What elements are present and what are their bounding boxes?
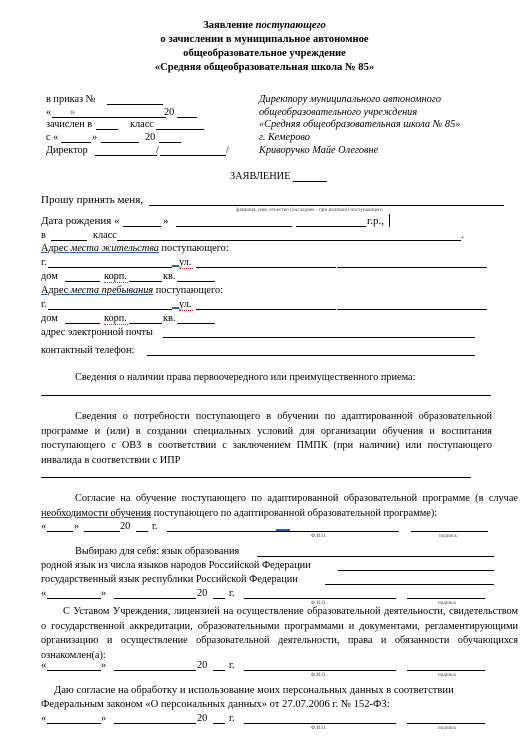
sig2-day-field[interactable] [47, 598, 101, 599]
email-label: адрес электронной почты [41, 326, 153, 339]
stay-city-field[interactable] [48, 309, 172, 310]
addressee-line-3: «Средняя общеобразовательная школа № 85» [259, 118, 460, 131]
sig2-sign-field[interactable] [407, 598, 485, 599]
order-number-field[interactable] [107, 104, 163, 105]
application-heading: ЗАЯВЛЕНИЕ [230, 170, 290, 183]
sig3-sign-field[interactable] [407, 670, 485, 671]
sig-g: г. [152, 520, 158, 533]
sig2-year-field[interactable] [213, 598, 225, 599]
text-cursor [389, 214, 390, 227]
stay-house-field[interactable] [65, 323, 100, 324]
phone-field[interactable] [147, 355, 475, 356]
sig-sign-caption: подпись [438, 726, 456, 731]
accept-label: Прошу принять меня, [41, 194, 143, 207]
spellcheck-mark [104, 322, 128, 325]
charter-paragraph: С Уставом Учреждения, лицензией на осуще… [41, 605, 518, 663]
priority-label: Сведения о наличии права первоочередного… [75, 371, 415, 384]
sig2-month-field[interactable] [114, 598, 196, 599]
edit-mark [172, 307, 179, 309]
title-line-1: Заявление поступающего [0, 19, 529, 33]
from-month-field[interactable] [101, 142, 139, 143]
order-year-field[interactable] [177, 117, 197, 118]
director-name-field[interactable] [160, 155, 226, 156]
class-number-field[interactable] [51, 240, 87, 241]
native-language-field[interactable] [338, 570, 494, 571]
applicant-name-field[interactable] [149, 205, 504, 206]
birth-year-field[interactable] [296, 226, 366, 227]
order-number-label: в приказ № [46, 93, 96, 106]
sig4-month-field[interactable] [114, 723, 196, 724]
class-label: класс [93, 229, 117, 242]
language-education-label: Выбираю для себя: язык образования [75, 545, 239, 558]
title-line-2: о зачислении в муниципальное автономное [0, 33, 529, 47]
sig-fio-caption: Ф.И.О. [311, 673, 327, 678]
sig1-month-field[interactable] [84, 531, 120, 532]
application-number-field[interactable] [293, 181, 327, 182]
residence-city-label: г. [41, 256, 47, 269]
needs-field[interactable] [41, 477, 471, 478]
stay-house-label: дом [41, 312, 58, 325]
residence-apartment-field[interactable] [177, 281, 215, 282]
consent-adapted-paragraph: Согласие на обучение поступающего по ада… [41, 492, 518, 521]
native-language-label: родной язык из числа языков народов Росс… [41, 559, 311, 572]
title-line-4: «Средняя общеобразовательная школа № 85» [0, 61, 529, 75]
birth-label: Дата рождения « [41, 215, 120, 228]
sig-g: г. [229, 659, 235, 672]
sig-fio-caption: Ф.И.О. [311, 534, 327, 539]
from-year-field[interactable] [159, 142, 181, 143]
from-date-close: » [92, 131, 97, 144]
director-slash-2: / [226, 144, 229, 157]
sig1-fio-field[interactable] [167, 531, 399, 532]
sig-close: » [101, 587, 106, 600]
title-line-3: общеобразовательное учреждение [0, 47, 529, 61]
residence-street-field[interactable] [196, 267, 336, 268]
addressee-line-1: Директору муниципального автономного [259, 93, 441, 106]
sig4-sign-field[interactable] [407, 723, 485, 724]
sig1-year-field[interactable] [136, 531, 148, 532]
edit-mark [276, 529, 290, 531]
birth-day-field[interactable] [123, 226, 161, 227]
sig2-fio-field[interactable] [244, 598, 396, 599]
sig1-sign-field[interactable] [411, 531, 488, 532]
needs-paragraph: Сведения о потребности поступающего в об… [41, 410, 492, 468]
sig-sign-caption: подпись [439, 534, 457, 539]
stay-building-field[interactable] [129, 323, 162, 324]
enrolled-label: зачислен в [46, 118, 92, 131]
edit-mark [172, 265, 179, 267]
language-education-field[interactable] [257, 556, 494, 557]
residence-street-extra-field[interactable] [337, 267, 487, 268]
residence-apartment-label: кв. [163, 270, 175, 283]
sig-open: « [41, 587, 46, 600]
stay-street-field[interactable] [196, 309, 336, 310]
sig-open: « [41, 659, 46, 672]
sig3-fio-field[interactable] [244, 670, 396, 671]
stay-city-label: г. [41, 298, 47, 311]
from-date-year: 20 [145, 131, 155, 144]
sig-open: « [41, 712, 46, 725]
sig-fio-caption: Ф.И.О. [311, 726, 327, 731]
enrolled-class-label: класс [130, 118, 154, 131]
from-day-field[interactable] [61, 142, 91, 143]
sig-g: г. [229, 587, 235, 600]
addressee-line-5: Криворучко Майе Олеговне [259, 144, 378, 157]
sig-year: 20 [197, 712, 207, 725]
sig-close: » [101, 712, 106, 725]
sig-sign-caption: подпись [438, 673, 456, 678]
sig-open: « [41, 520, 46, 533]
from-date-open: с « [46, 131, 58, 144]
class-school-field[interactable] [117, 240, 461, 241]
sig4-day-field[interactable] [47, 723, 101, 724]
priority-field[interactable] [41, 395, 491, 396]
order-date-year: 20 [164, 106, 174, 119]
enrolled-class-number-field[interactable] [96, 129, 118, 130]
director-slash-1: / [156, 144, 159, 157]
state-language-field[interactable] [325, 584, 494, 585]
director-signature-field[interactable] [95, 155, 157, 156]
personal-data-line-1: Даю согласие на обработку и использовани… [54, 684, 454, 697]
addressee-line-4: г. Кемерово [259, 131, 310, 144]
class-end: . [461, 229, 464, 242]
state-language-label: государственный язык республики Российск… [41, 573, 298, 586]
birth-close: » [163, 215, 169, 228]
sig-year: 20 [120, 520, 130, 533]
spellcheck-mark [179, 308, 193, 311]
stay-apartment-field[interactable] [177, 323, 215, 324]
sig-close: » [74, 520, 79, 533]
sig4-year-field[interactable] [213, 723, 225, 724]
personal-data-line-2: Федеральным законом «О персональных данн… [41, 698, 390, 711]
stay-address-label: Адрес места пребывания поступающего: [41, 284, 223, 297]
class-prefix: в [41, 229, 46, 242]
sig4-fio-field[interactable] [244, 723, 396, 724]
sig1-day-field[interactable] [47, 531, 73, 532]
birth-month-field[interactable] [176, 226, 292, 227]
residence-building-field[interactable] [129, 281, 162, 282]
director-label: Директор [46, 144, 88, 157]
residence-address-label: Адрес места жительства поступающего: [41, 242, 229, 255]
sig-g: г. [229, 712, 235, 725]
stay-apartment-label: кв. [163, 312, 175, 325]
phone-label: контактный телефон: [41, 344, 134, 357]
sig-year: 20 [197, 587, 207, 600]
residence-city-field[interactable] [48, 267, 172, 268]
sig3-day-field[interactable] [47, 670, 101, 671]
sig-year: 20 [197, 659, 207, 672]
sig3-month-field[interactable] [114, 670, 196, 671]
birth-suffix: г.р., [367, 215, 384, 228]
residence-house-label: дом [41, 270, 58, 283]
sig-close: » [101, 659, 106, 672]
applicant-name-caption: фамилия, имя, отчество (последнее - при … [236, 208, 383, 213]
spellcheck-mark [179, 266, 193, 269]
email-field[interactable] [163, 337, 475, 338]
sig3-year-field[interactable] [213, 670, 225, 671]
spellcheck-mark [104, 280, 128, 283]
stay-street-extra-field[interactable] [337, 309, 487, 310]
residence-house-field[interactable] [65, 281, 100, 282]
enrolled-class-field[interactable] [156, 129, 204, 130]
